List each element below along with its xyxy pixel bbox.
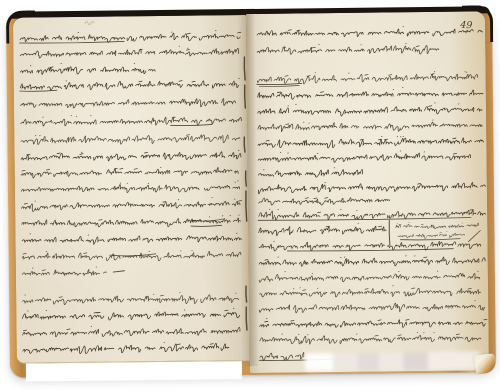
- right-page-script: [255, 26, 488, 361]
- blurred-watermark: [305, 351, 481, 371]
- left-page-script: [18, 30, 245, 354]
- handwriting-layer: 49: [0, 0, 500, 390]
- page-number: 49: [459, 20, 473, 32]
- notebook: 49: [0, 0, 500, 390]
- notebook-photo: 49: [0, 0, 500, 390]
